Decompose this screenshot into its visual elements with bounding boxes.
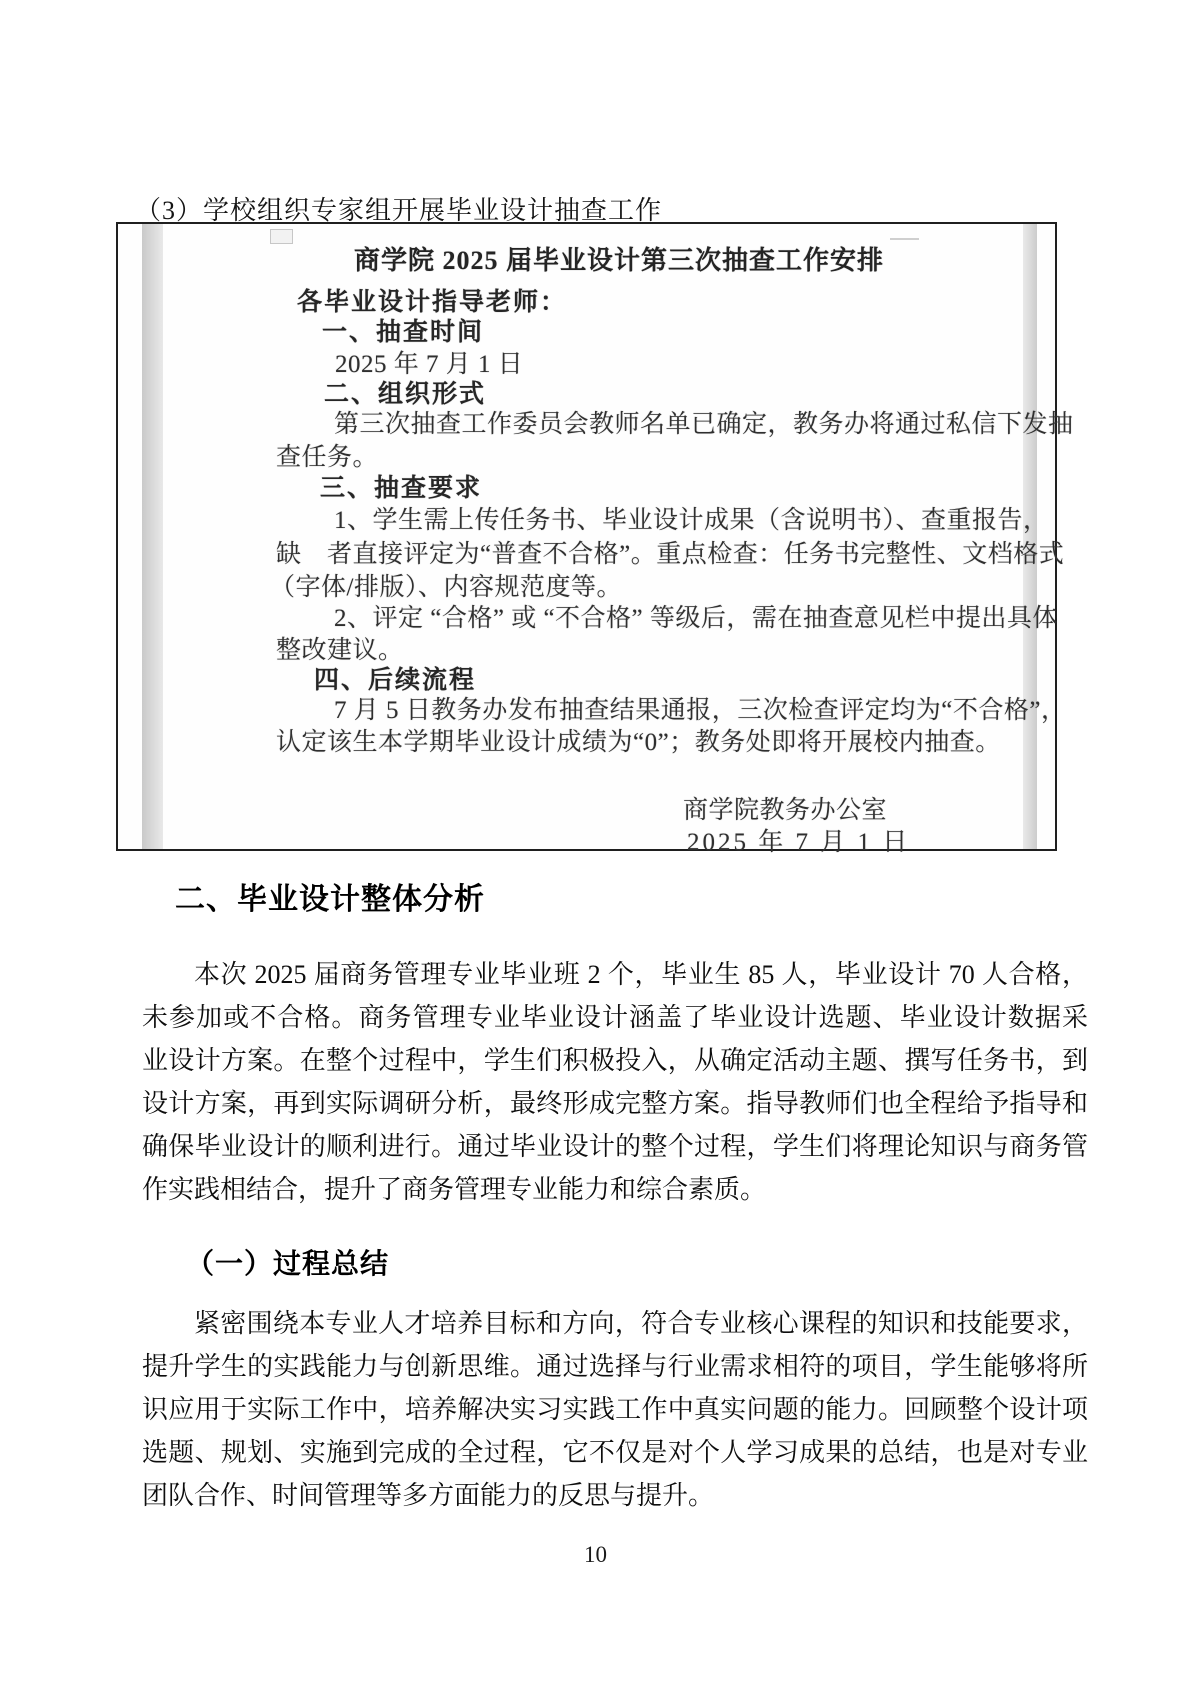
scan-section1-heading: 一、抽查时间: [322, 312, 484, 348]
paragraph-line: 作实践相结合，提升了商务管理专业能力和综合素质。: [142, 1168, 1088, 1211]
paragraph-line: 团队合作、时间管理等多方面能力的反思与提升。: [142, 1474, 1088, 1517]
scan-left-margin-shade: [142, 224, 163, 849]
scan-signature-date: 2025 年 7 月 1 日: [687, 822, 910, 858]
scan-section4-line: 认定该生本学期毕业设计成绩为“0”；教务处即将开展校内抽查。: [276, 722, 1001, 758]
subsection-heading: （一）过程总结: [186, 1242, 389, 1282]
paragraph-line: 紧密围绕本专业人才培养目标和方向，符合专业核心课程的知识和技能要求，旨在: [142, 1302, 1088, 1345]
section-heading: 二、毕业设计整体分析: [175, 874, 485, 918]
scan-title: 商学院 2025 届毕业设计第三次抽查工作安排: [354, 240, 884, 277]
paragraph-line: 提升学生的实践能力与创新思维。通过选择与行业需求相符的项目，学生能够将所学知: [142, 1345, 1088, 1388]
scan-section4-line: 7 月 5 日教务办发布抽查结果通报，三次检查评定均为“不合格”，: [334, 690, 1066, 726]
scan-artifact: [270, 229, 293, 244]
paragraph: 紧密围绕本专业人才培养目标和方向，符合专业核心课程的知识和技能要求，旨在 提升学…: [142, 1302, 1088, 1517]
paragraph-line: 确保毕业设计的顺利进行。通过毕业设计的整个过程，学生们将理论知识与商务管理工: [142, 1125, 1088, 1168]
scan-artifact: [890, 238, 919, 240]
scan-section3-line: 1、学生需上传任务书、毕业设计成果（含说明书）、查重报告，: [334, 500, 1049, 536]
scan-signature-org: 商学院教务办公室: [683, 790, 887, 826]
page-number: 10: [0, 1542, 1191, 1568]
embedded-scan-image: 商学院 2025 届毕业设计第三次抽查工作安排 各毕业设计指导老师： 一、抽查时…: [116, 222, 1057, 851]
paragraph-line: 未参加或不合格。商务管理专业毕业设计涵盖了毕业设计选题、毕业设计数据采集、毕: [142, 996, 1088, 1039]
scan-section2-line: 第三次抽查工作委员会教师名单已确定，教务办将通过私信下发抽: [334, 404, 1074, 440]
scan-section3-line: 2、评定 “合格” 或 “不合格” 等级后，需在抽查意见栏中提出具体: [334, 598, 1058, 634]
paragraph: 本次 2025 届商务管理专业毕业班 2 个，毕业生 85 人，毕业设计 70 …: [142, 953, 1088, 1211]
scan-section3-heading: 三、抽查要求: [320, 468, 482, 504]
paragraph-line: 识应用于实际工作中，培养解决实习实践工作中真实问题的能力。回顾整个设计项目从: [142, 1388, 1088, 1431]
scan-section3-line: 缺 者直接评定为“普查不合格”。重点检查：任务书完整性、文档格式: [276, 534, 1064, 570]
paragraph-line: 业设计方案。在整个过程中，学生们积极投入，从确定活动主题、撰写任务书，到精心: [142, 1039, 1088, 1082]
paragraph-line: 本次 2025 届商务管理专业毕业班 2 个，毕业生 85 人，毕业设计 70 …: [142, 953, 1088, 996]
paragraph-line: 设计方案，再到实际调研分析，最终形成完整方案。指导教师们也全程给予指导和反馈，: [142, 1082, 1088, 1125]
paragraph-line: 选题、规划、实施到完成的全过程，它不仅是对个人学习成果的总结，也是对专业技能、: [142, 1431, 1088, 1474]
